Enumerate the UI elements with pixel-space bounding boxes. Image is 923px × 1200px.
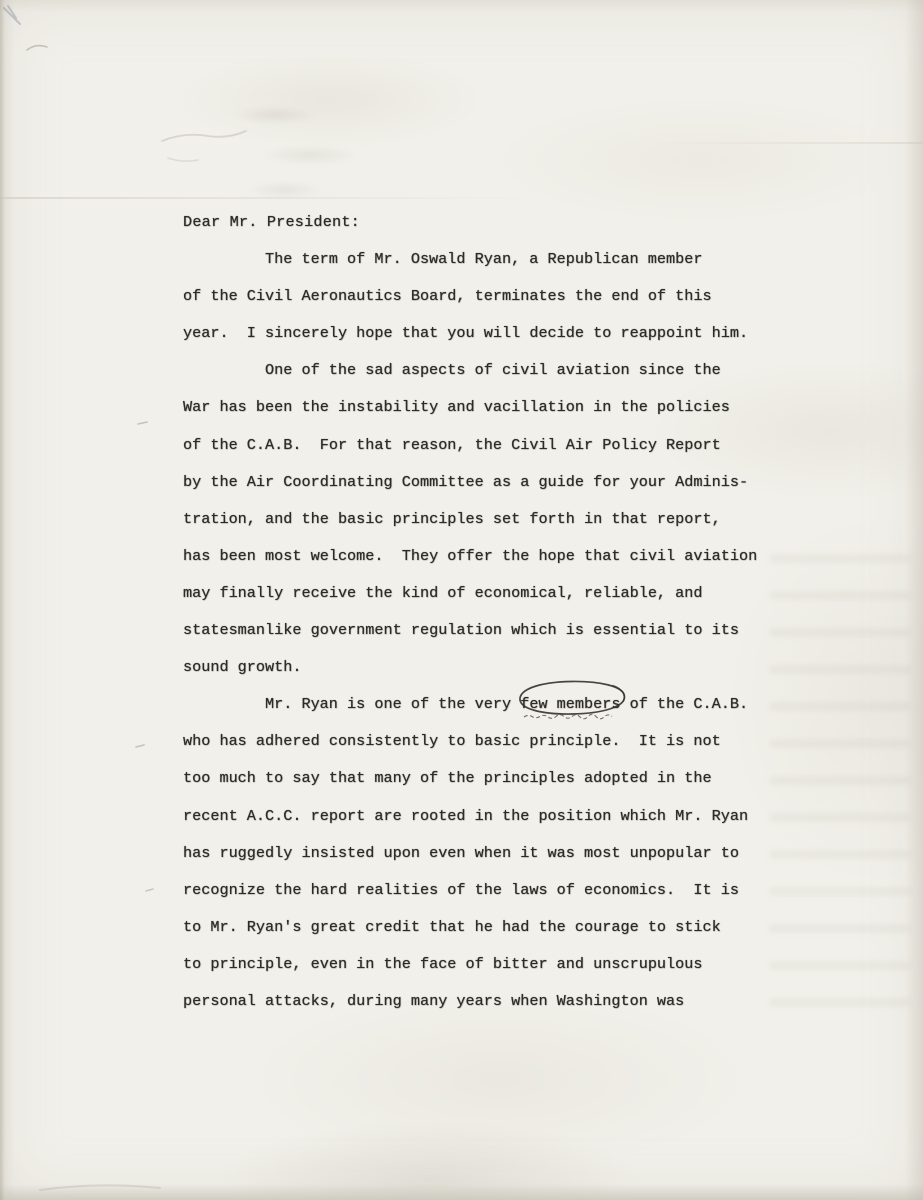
letter-line: by the Air Coordinating Committee as a g… xyxy=(183,464,803,501)
letter-line: The term of Mr. Oswald Ryan, a Republica… xyxy=(183,241,803,278)
letter-line: to Mr. Ryan's great credit that he had t… xyxy=(183,909,803,946)
hand-drawn-ellipse-icon xyxy=(510,677,634,722)
letter-line: of the Civil Aeronautics Board, terminat… xyxy=(183,278,803,315)
letter-line: tration, and the basic principles set fo… xyxy=(183,501,803,538)
salutation: Dear Mr. President: xyxy=(183,204,803,241)
letter-line-with-annotation: Mr. Ryan is one of the very few members … xyxy=(183,686,803,723)
letter-line: statesmanlike government regulation whic… xyxy=(183,612,803,649)
letter-line: may finally receive the kind of economic… xyxy=(183,575,803,612)
letter-line: One of the sad aspects of civil aviation… xyxy=(183,352,803,389)
letter-line: recognize the hard realities of the laws… xyxy=(183,872,803,909)
circled-annotation: few members xyxy=(520,686,620,723)
line-segment: Mr. Ryan is one of the very xyxy=(265,695,520,713)
letter-line: of the C.A.B. For that reason, the Civil… xyxy=(183,427,803,464)
letter-line: to principle, even in the face of bitter… xyxy=(183,946,803,983)
letter-line: has been most welcome. They offer the ho… xyxy=(183,538,803,575)
letter-line: has ruggedly insisted upon even when it … xyxy=(183,835,803,872)
letter-body: Dear Mr. President: The term of Mr. Oswa… xyxy=(183,204,803,1020)
letter-line: personal attacks, during many years when… xyxy=(183,983,803,1020)
paper-crease xyxy=(646,142,923,144)
paper-crease xyxy=(0,197,535,199)
letter-line: War has been the instability and vacilla… xyxy=(183,389,803,426)
letter-line: recent A.C.C. report are rooted in the p… xyxy=(183,798,803,835)
scanned-letter-page: Dear Mr. President: The term of Mr. Oswa… xyxy=(0,0,923,1200)
letter-line: sound growth. xyxy=(183,649,803,686)
letter-line: who has adhered consistently to basic pr… xyxy=(183,723,803,760)
ink-bleed-through xyxy=(215,95,395,205)
letter-line: too much to say that many of the princip… xyxy=(183,760,803,797)
line-segment: of the C.A.B. xyxy=(620,695,748,713)
letter-line: year. I sincerely hope that you will dec… xyxy=(183,315,803,352)
